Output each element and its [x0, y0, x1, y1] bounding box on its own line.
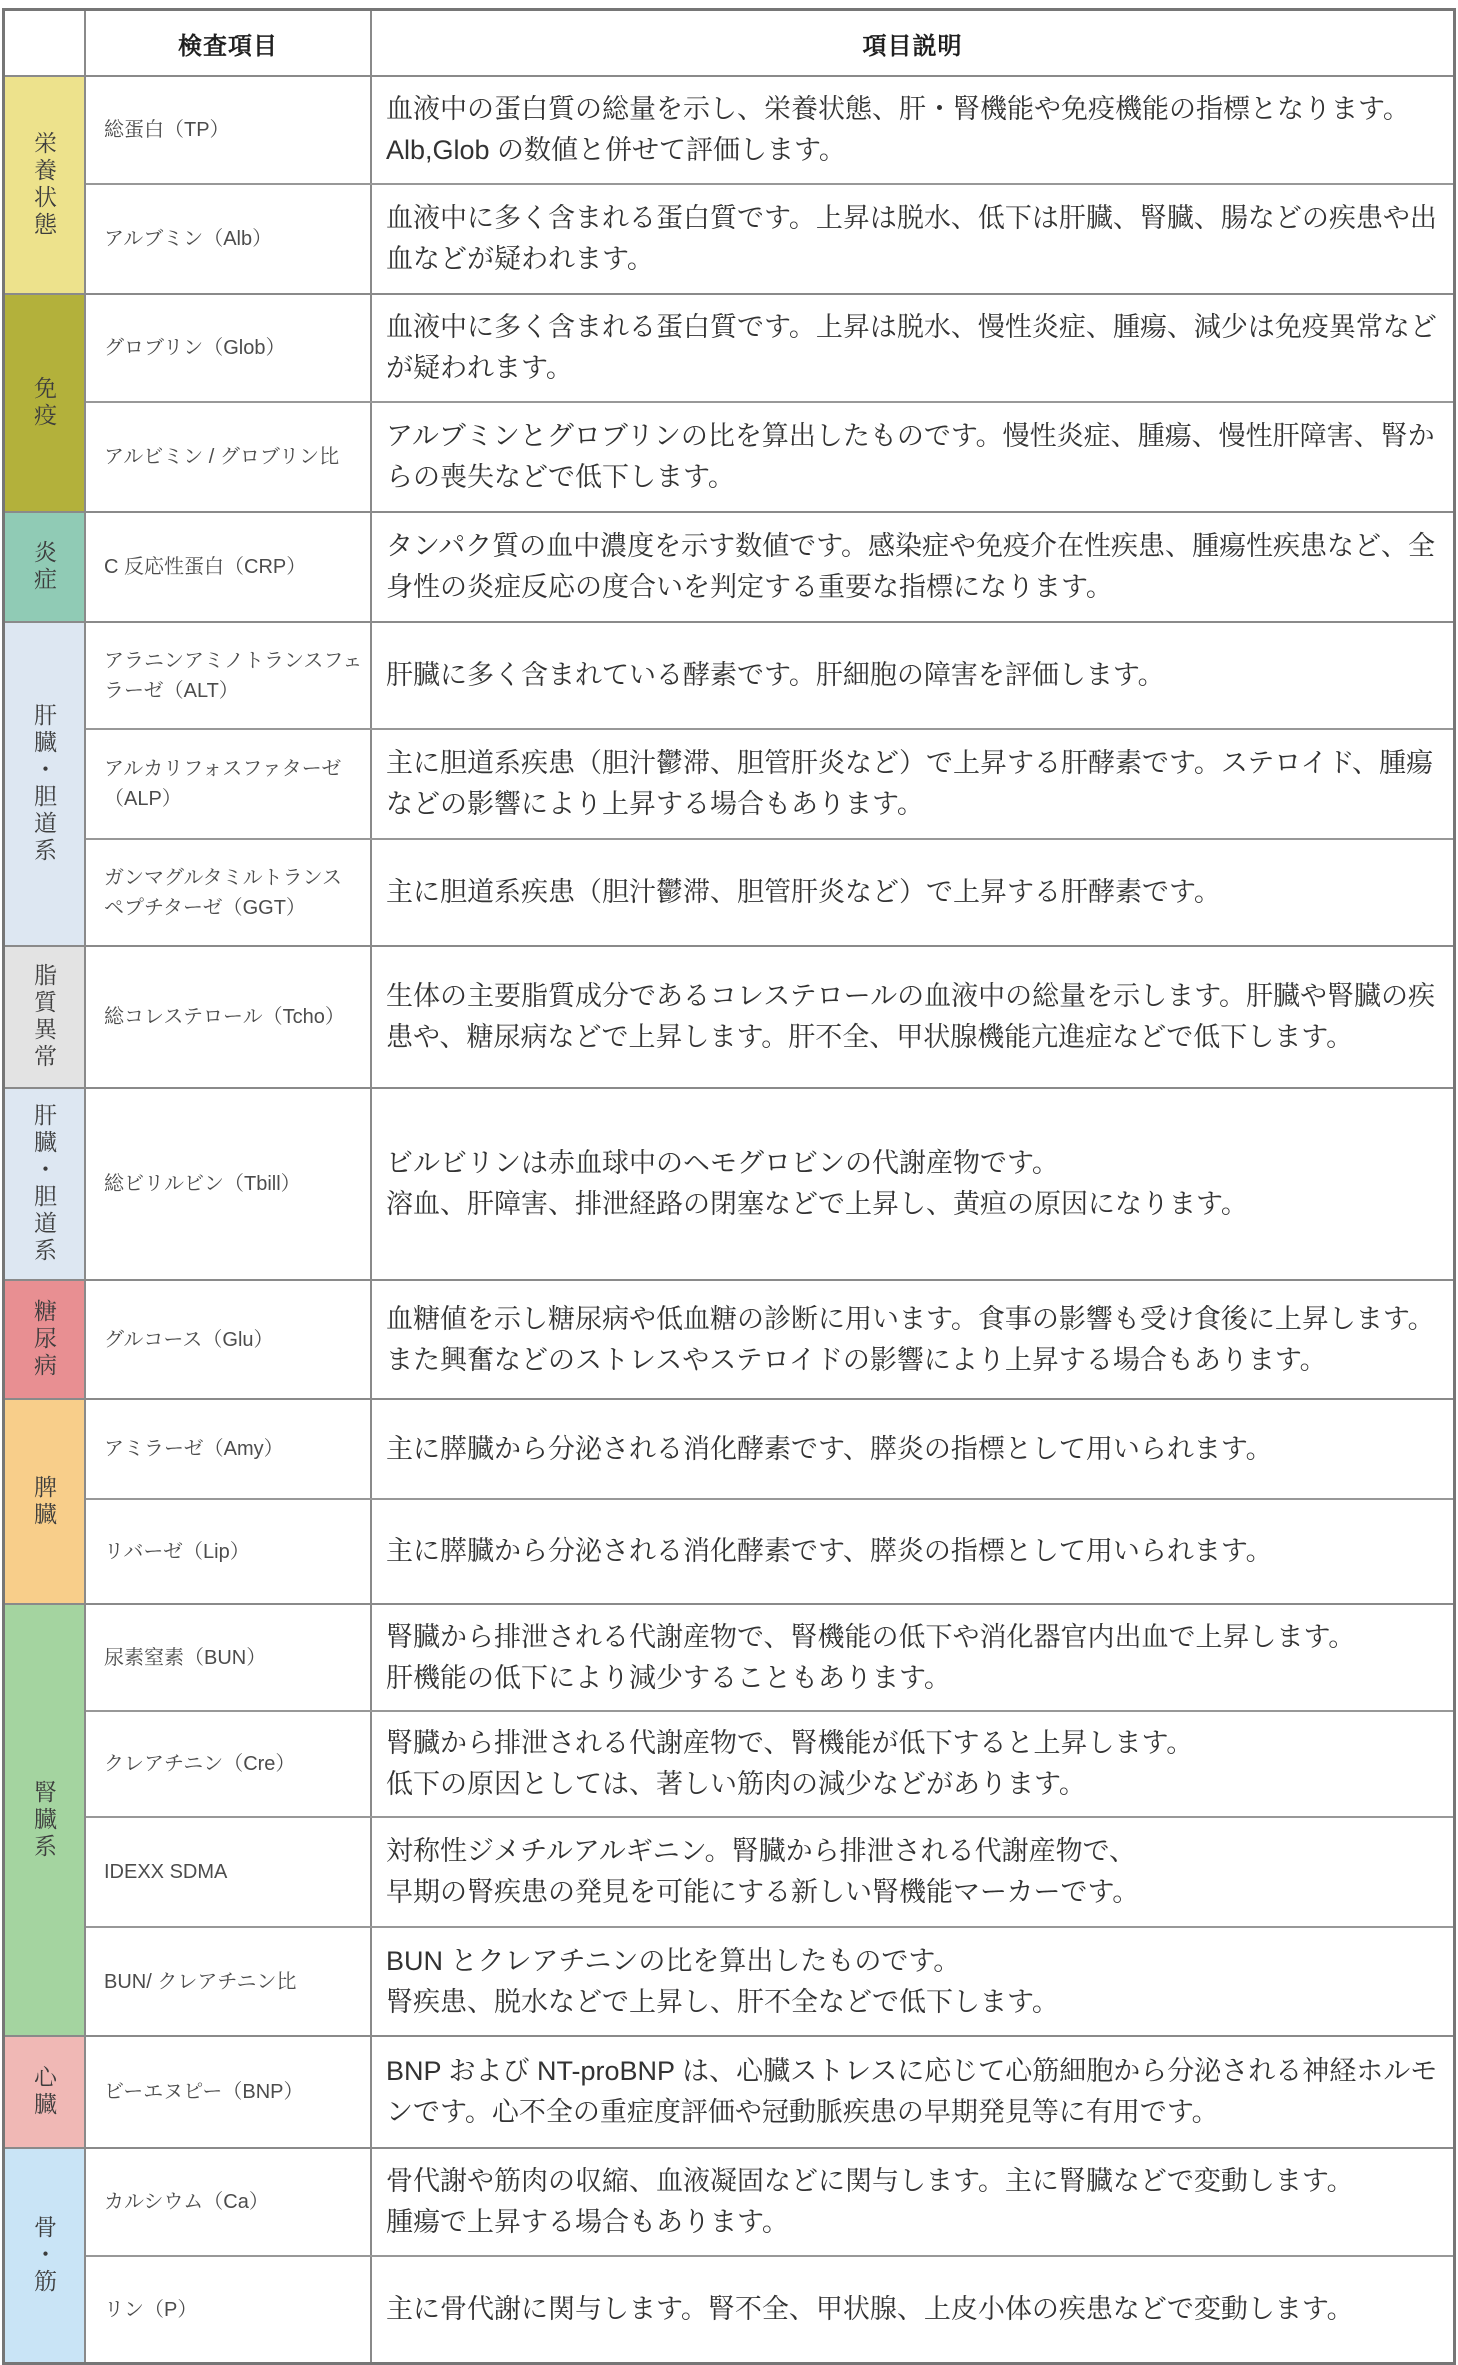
test-item-cell: ビーエヌピー（BNP） — [86, 2037, 372, 2147]
description-cell: 血糖値を示し糖尿病や低血糖の診断に用います。食事の影響も受け食後に上昇します。ま… — [372, 1281, 1453, 1398]
test-item-cell: リバーゼ（Lip） — [86, 1500, 372, 1603]
section-bone-muscle: 骨・筋 カルシウム（Ca） 骨代謝や筋肉の収縮、血液凝固などに関与します。主に腎… — [5, 2149, 1453, 2362]
test-item-cell: アラニンアミノトランスフェ ラーゼ（ALT） — [86, 623, 372, 728]
test-item-cell: C 反応性蛋白（CRP） — [86, 513, 372, 621]
section-inflammation: 炎症 C 反応性蛋白（CRP） タンパク質の血中濃度を示す数値です。感染症や免疫… — [5, 513, 1453, 623]
description-cell: 主に膵臓から分泌される消化酵素です、膵炎の指標として用いられます。 — [372, 1500, 1453, 1603]
table-row: アルビミン / グロブリン比 アルブミンとグロブリンの比を算出したものです。慢性… — [86, 403, 1453, 511]
test-item-cell: 総コレステロール（Tcho） — [86, 947, 372, 1087]
test-item-cell: IDEXX SDMA — [86, 1818, 372, 1926]
test-item-cell: 総蛋白（TP） — [86, 77, 372, 183]
page: 検査項目 項目説明 栄養状態 総蛋白（TP） 血液中の蛋白質の総量を示し、栄養状… — [0, 0, 1458, 2350]
description-cell: 腎臓から排泄される代謝産物で、腎機能の低下や消化器官内出血で上昇します。 肝機能… — [372, 1605, 1453, 1710]
test-item-cell: 総ビリルビン（Tbill） — [86, 1089, 372, 1279]
table-row: 総蛋白（TP） 血液中の蛋白質の総量を示し、栄養状態、肝・腎機能や免疫機能の指標… — [86, 77, 1453, 185]
test-item-cell: BUN/ クレアチニン比 — [86, 1928, 372, 2035]
table-row: リン（P） 主に骨代謝に関与します。腎不全、甲状腺、上皮小体の疾患などで変動しま… — [86, 2257, 1453, 2362]
test-item-cell: グルコース（Glu） — [86, 1281, 372, 1398]
description-cell: 血液中に多く含まれる蛋白質です。上昇は脱水、低下は肝臓、腎臓、腸などの疾患や出血… — [372, 185, 1453, 293]
table-row: BUN/ クレアチニン比 BUN とクレアチニンの比を算出したものです。 腎疾患… — [86, 1928, 1453, 2035]
category-cell: 骨・筋 — [5, 2149, 86, 2362]
description-cell: 主に骨代謝に関与します。腎不全、甲状腺、上皮小体の疾患などで変動します。 — [372, 2257, 1453, 2362]
section-liver-biliary-1: 肝臓・胆道系 アラニンアミノトランスフェ ラーゼ（ALT） 肝臓に多く含まれてい… — [5, 623, 1453, 947]
table-row: クレアチニン（Cre） 腎臓から排泄される代謝産物で、腎機能が低下すると上昇しま… — [86, 1712, 1453, 1818]
table-row: アルブミン（Alb） 血液中に多く含まれる蛋白質です。上昇は脱水、低下は肝臓、腎… — [86, 185, 1453, 293]
category-cell: 腎臓系 — [5, 1605, 86, 2035]
table-row: 総ビリルビン（Tbill） ビルビリンは赤血球中のヘモグロビンの代謝産物です。 … — [86, 1089, 1453, 1279]
category-cell: 心臓 — [5, 2037, 86, 2147]
table-row: グルコース（Glu） 血糖値を示し糖尿病や低血糖の診断に用います。食事の影響も受… — [86, 1281, 1453, 1398]
description-cell: 生体の主要脂質成分であるコレステロールの血液中の総量を示します。肝臓や腎臓の疾患… — [372, 947, 1453, 1087]
table-row: 尿素窒素（BUN） 腎臓から排泄される代謝産物で、腎機能の低下や消化器官内出血で… — [86, 1605, 1453, 1712]
table-row: アミラーゼ（Amy） 主に膵臓から分泌される消化酵素です、膵炎の指標として用いら… — [86, 1400, 1453, 1500]
test-item-cell: グロブリン（Glob） — [86, 295, 372, 401]
section-nutrition: 栄養状態 総蛋白（TP） 血液中の蛋白質の総量を示し、栄養状態、肝・腎機能や免疫… — [5, 77, 1453, 295]
section-kidney: 腎臓系 尿素窒素（BUN） 腎臓から排泄される代謝産物で、腎機能の低下や消化器官… — [5, 1605, 1453, 2037]
section-pancreas: 脾臓 アミラーゼ（Amy） 主に膵臓から分泌される消化酵素です、膵炎の指標として… — [5, 1400, 1453, 1605]
section-immunity: 免疫 グロブリン（Glob） 血液中に多く含まれる蛋白質です。上昇は脱水、慢性炎… — [5, 295, 1453, 513]
description-cell: BNP および NT-proBNP は、心臓ストレスに応じて心筋細胞から分泌され… — [372, 2037, 1453, 2147]
description-cell: アルブミンとグロブリンの比を算出したものです。慢性炎症、腫瘍、慢性肝障害、腎から… — [372, 403, 1453, 511]
test-item-cell: アルカリフォスファターゼ （ALP） — [86, 730, 372, 838]
description-cell: 主に胆道系疾患（胆汁鬱滞、胆管肝炎など）で上昇する肝酵素です。ステロイド、腫瘍な… — [372, 730, 1453, 838]
table-row: IDEXX SDMA 対称性ジメチルアルギニン。腎臓から排泄される代謝産物で、 … — [86, 1818, 1453, 1928]
table-row: ガンマグルタミルトランス ペプチターゼ（GGT） 主に胆道系疾患（胆汁鬱滞、胆管… — [86, 840, 1453, 945]
category-cell: 糖尿病 — [5, 1281, 86, 1398]
description-cell: ビルビリンは赤血球中のヘモグロビンの代謝産物です。 溶血、肝障害、排泄経路の閉塞… — [372, 1089, 1453, 1279]
section-lipid: 脂質異常 総コレステロール（Tcho） 生体の主要脂質成分であるコレステロールの… — [5, 947, 1453, 1089]
test-item-cell: アルブミン（Alb） — [86, 185, 372, 293]
description-cell: 肝臓に多く含まれている酵素です。肝細胞の障害を評価します。 — [372, 623, 1453, 728]
table-header-row: 検査項目 項目説明 — [5, 11, 1453, 77]
category-cell: 脂質異常 — [5, 947, 86, 1087]
description-cell: タンパク質の血中濃度を示す数値です。感染症や免疫介在性疾患、腫瘍性疾患など、全身… — [372, 513, 1453, 621]
category-cell: 炎症 — [5, 513, 86, 621]
category-cell: 脾臓 — [5, 1400, 86, 1603]
section-liver-biliary-2: 肝臓・胆道系 総ビリルビン（Tbill） ビルビリンは赤血球中のヘモグロビンの代… — [5, 1089, 1453, 1281]
table-row: ビーエヌピー（BNP） BNP および NT-proBNP は、心臓ストレスに応… — [86, 2037, 1453, 2147]
table-row: アラニンアミノトランスフェ ラーゼ（ALT） 肝臓に多く含まれている酵素です。肝… — [86, 623, 1453, 730]
table-row: リバーゼ（Lip） 主に膵臓から分泌される消化酵素です、膵炎の指標として用いられ… — [86, 1500, 1453, 1603]
header-test-item: 検査項目 — [86, 11, 372, 75]
table-row: グロブリン（Glob） 血液中に多く含まれる蛋白質です。上昇は脱水、慢性炎症、腫… — [86, 295, 1453, 403]
header-description: 項目説明 — [372, 11, 1453, 75]
category-cell: 肝臓・胆道系 — [5, 623, 86, 945]
description-cell: 骨代謝や筋肉の収縮、血液凝固などに関与します。主に腎臓などで変動します。 腫瘍で… — [372, 2149, 1453, 2255]
category-cell: 免疫 — [5, 295, 86, 511]
test-item-cell: クレアチニン（Cre） — [86, 1712, 372, 1816]
test-item-cell: アミラーゼ（Amy） — [86, 1400, 372, 1498]
description-cell: 対称性ジメチルアルギニン。腎臓から排泄される代謝産物で、 早期の腎疾患の発見を可… — [372, 1818, 1453, 1926]
test-item-cell: アルビミン / グロブリン比 — [86, 403, 372, 511]
section-diabetes: 糖尿病 グルコース（Glu） 血糖値を示し糖尿病や低血糖の診断に用います。食事の… — [5, 1281, 1453, 1400]
category-cell: 肝臓・胆道系 — [5, 1089, 86, 1279]
test-item-cell: 尿素窒素（BUN） — [86, 1605, 372, 1710]
description-cell: 腎臓から排泄される代謝産物で、腎機能が低下すると上昇します。 低下の原因としては… — [372, 1712, 1453, 1816]
description-cell: 主に膵臓から分泌される消化酵素です、膵炎の指標として用いられます。 — [372, 1400, 1453, 1498]
section-heart: 心臓 ビーエヌピー（BNP） BNP および NT-proBNP は、心臓ストレ… — [5, 2037, 1453, 2149]
description-cell: 血液中に多く含まれる蛋白質です。上昇は脱水、慢性炎症、腫瘍、減少は免疫異常などが… — [372, 295, 1453, 401]
table-row: アルカリフォスファターゼ （ALP） 主に胆道系疾患（胆汁鬱滞、胆管肝炎など）で… — [86, 730, 1453, 840]
description-cell: 血液中の蛋白質の総量を示し、栄養状態、肝・腎機能や免疫機能の指標となります。 A… — [372, 77, 1453, 183]
description-cell: BUN とクレアチニンの比を算出したものです。 腎疾患、脱水などで上昇し、肝不全… — [372, 1928, 1453, 2035]
test-item-cell: カルシウム（Ca） — [86, 2149, 372, 2255]
table-row: カルシウム（Ca） 骨代謝や筋肉の収縮、血液凝固などに関与します。主に腎臓などで… — [86, 2149, 1453, 2257]
description-cell: 主に胆道系疾患（胆汁鬱滞、胆管肝炎など）で上昇する肝酵素です。 — [372, 840, 1453, 945]
test-item-cell: リン（P） — [86, 2257, 372, 2362]
table-row: C 反応性蛋白（CRP） タンパク質の血中濃度を示す数値です。感染症や免疫介在性… — [86, 513, 1453, 621]
category-column-header — [5, 11, 86, 75]
test-item-cell: ガンマグルタミルトランス ペプチターゼ（GGT） — [86, 840, 372, 945]
category-cell: 栄養状態 — [5, 77, 86, 293]
lab-test-table: 検査項目 項目説明 栄養状態 総蛋白（TP） 血液中の蛋白質の総量を示し、栄養状… — [2, 8, 1456, 2365]
table-row: 総コレステロール（Tcho） 生体の主要脂質成分であるコレステロールの血液中の総… — [86, 947, 1453, 1087]
